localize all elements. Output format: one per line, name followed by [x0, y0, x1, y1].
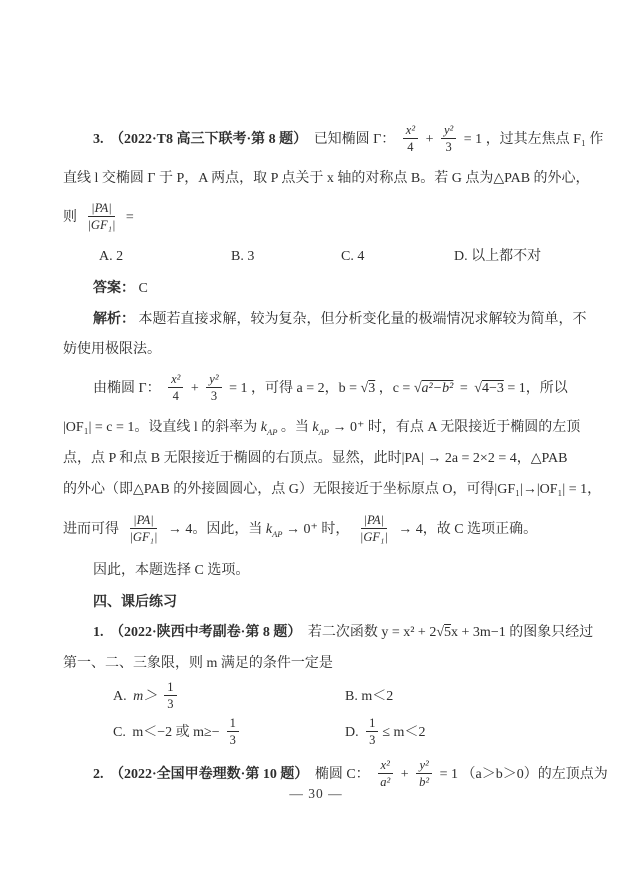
q1-options-row-ab: A. m＞13 B. m＜2	[63, 679, 572, 715]
conclusion-text: 因此，本题选择 C 选项。	[93, 563, 249, 578]
equals-sign: =	[460, 381, 468, 396]
q3-solution-line-4: 的外心（即△PAB 的外接圆圆心，点 G）无限接近于坐标原点 O，可得|GF₁|…	[63, 474, 572, 505]
page-content: 3. （2022·T8 高三下联考·第 8 题） 已知椭圆 Γ： x²4 + y…	[63, 116, 572, 798]
fraction-denominator: 3	[443, 139, 455, 155]
fraction-denominator: 3	[227, 732, 239, 748]
fraction-denominator: 3	[164, 696, 176, 712]
q1-text-a: 若二次函数 y = x² + 2	[308, 625, 437, 640]
q3-source: （2022·T8 高三下联考·第 8 题）	[110, 132, 307, 147]
q3-solution-line-3: 点，点 P 和点 B 无限接近于椭圆的右顶点。显然，此时|PA| → 2a = …	[63, 443, 572, 474]
solution-text: → 0⁺ 时，有点 A 无限接近于椭圆的左顶	[333, 420, 581, 435]
fraction-1-over-3: 13	[366, 715, 378, 748]
solution-text: 点，点 P 和点 B 无限接近于椭圆的右顶点。显然，此时|PA| → 2a = …	[63, 451, 567, 466]
q3-explanation-line-2: 妨使用极限法。	[63, 334, 572, 365]
q1-line-2: 第一、二、三象限，则 m 满足的条件一定是	[63, 648, 572, 679]
q3-line1-tail: ，过其左焦点 F₁ 作	[486, 132, 604, 147]
plus-sign: +	[401, 767, 409, 782]
q3-options-row: A. 2 B. 3 C. 4 D. 以上都不对	[63, 241, 572, 272]
q3-line-1: 3. （2022·T8 高三下联考·第 8 题） 已知椭圆 Γ： x²4 + y…	[63, 116, 572, 163]
explanation-label: 解析：	[93, 310, 135, 326]
q3-option-d: D. 以上都不对	[454, 241, 541, 272]
k-subscript: AP	[319, 427, 329, 437]
section4-heading: 四、课后练习	[63, 586, 572, 617]
fraction-denominator: |GF₁|	[85, 217, 119, 233]
solution-text: → 4，故 C 选项正确。	[398, 522, 537, 537]
k-subscript: AP	[267, 427, 277, 437]
q1-text-b: x + 3m−1 的图象只经过	[451, 625, 593, 640]
explanation-text-1: 本题若直接求解，较为复杂，但分析变化量的极端情况求解较为简单，不	[139, 312, 587, 327]
fraction-PA-over-GF1: |PA||GF₁|	[127, 512, 161, 545]
solution-text-b: ，c =	[379, 381, 411, 396]
option-label: D.	[345, 725, 359, 740]
radicand-5: 5	[444, 625, 451, 640]
q2-number: 2.	[93, 767, 104, 782]
fraction-denominator: 3	[366, 732, 378, 748]
q1-option-c: C. m＜−2 或 m≥−13	[113, 715, 345, 751]
fraction-numerator: 1	[227, 715, 239, 732]
q3-solution-line-5: 进而可得 |PA||GF₁| → 4。因此，当 kAP → 0⁺ 时， |PA|…	[63, 505, 572, 555]
option-math: ≤ m＜2	[382, 725, 425, 740]
fraction-PA-over-GF1: |PA||GF₁|	[357, 512, 391, 545]
q3-explanation-line-1: 解析： 本题若直接求解，较为复杂，但分析变化量的极端情况求解较为简单，不	[63, 303, 572, 334]
fraction-denominator: |GF₁|	[127, 529, 161, 545]
fraction-numerator: |PA|	[130, 512, 157, 529]
q3-line-2: 直线 l 交椭圆 Γ 于 P，A 两点，取 P 点关于 x 轴的对称点 B。若 …	[63, 163, 572, 194]
solution-text: 的外心（即△PAB 的外接圆圆心，点 G）无限接近于坐标原点 O，可得|GF₁|…	[63, 482, 601, 497]
option-math: m＞	[133, 689, 157, 704]
solution-text: → 4。因此，当	[168, 522, 263, 537]
plus-sign: +	[191, 381, 199, 396]
document-page: 3. （2022·T8 高三下联考·第 8 题） 已知椭圆 Γ： x²4 + y…	[0, 0, 632, 894]
q2-text-a: 椭圆 C：	[315, 767, 370, 782]
answer-label: 答案：	[93, 279, 135, 295]
solution-text: 进而可得	[63, 522, 119, 537]
q3-solution-line-2: |OF₁| = c = 1。设直线 l 的斜率为 kAP 。当 kAP → 0⁺…	[63, 412, 572, 443]
solution-text: |OF₁| = c = 1。设直线 l 的斜率为	[63, 420, 257, 435]
q3-solution-line-1: 由椭圆 Γ： x²4 + y²3 = 1 ，可得 a = 2，b = √3 ，c…	[63, 365, 572, 412]
q1-option-b: B. m＜2	[345, 679, 393, 715]
q3-number: 3.	[93, 132, 104, 147]
option-label: A.	[113, 689, 127, 704]
page-number: — 30 —	[0, 786, 632, 802]
radicand-3: 3	[368, 381, 375, 396]
q1-text-c: 第一、二、三象限，则 m 满足的条件一定是	[63, 656, 333, 671]
fraction-y2-over-3: y²3	[206, 371, 221, 404]
solution-intro: 由椭圆 Γ：	[93, 381, 161, 396]
q3-line-3: 则 |PA||GF₁| =	[63, 194, 572, 241]
q1-line-1: 1. （2022·陕西中考副卷·第 8 题） 若二次函数 y = x² + 2√…	[63, 617, 572, 648]
fraction-1-over-3: 13	[164, 679, 176, 712]
sqrt-sign: √	[474, 381, 482, 396]
fraction-numerator: x²	[403, 122, 418, 139]
k-slope-symbol: kAP	[261, 420, 278, 435]
solution-text-a: ，可得 a = 2，b =	[251, 381, 357, 396]
q3-then-text: 则	[63, 210, 77, 225]
fraction-denominator: 4	[170, 388, 182, 404]
equals-sign: =	[126, 210, 134, 225]
equals-one: = 1	[229, 381, 247, 396]
fraction-numerator: y²	[416, 757, 431, 774]
explanation-text-2: 妨使用极限法。	[63, 342, 161, 357]
fraction-numerator: 1	[164, 679, 176, 696]
fraction-PA-over-GF1: |PA||GF₁|	[85, 200, 119, 233]
q3-intro-text: 已知椭圆 Γ：	[314, 132, 396, 147]
answer-value: C	[139, 281, 148, 296]
fraction-numerator: x²	[168, 371, 183, 388]
fraction-numerator: y²	[206, 371, 221, 388]
fraction-x2-over-4: x²4	[403, 122, 418, 155]
fraction-numerator: x²	[378, 757, 393, 774]
section-title: 四、课后练习	[93, 593, 177, 609]
fraction-numerator: y²	[441, 122, 456, 139]
fraction-numerator: |PA|	[88, 200, 115, 217]
sqrt-sign: √	[436, 625, 444, 640]
k-slope-symbol: kAP	[312, 420, 329, 435]
option-math: m＜−2 或 m≥−	[132, 725, 219, 740]
q3-answer-line: 答案： C	[63, 272, 572, 303]
fraction-1-over-3: 13	[227, 715, 239, 748]
q1-number: 1.	[93, 625, 104, 640]
q3-option-c: C. 4	[341, 241, 454, 272]
equals-one: = 1	[464, 132, 482, 147]
q1-option-a: A. m＞13	[113, 679, 345, 715]
radicand-a2-b2: a²−b²	[422, 381, 454, 396]
plus-sign: +	[426, 132, 434, 147]
q2-text-b: （a＞b＞0）的左顶点为	[462, 767, 608, 782]
solution-text: 。当	[281, 420, 309, 435]
solution-text: → 0⁺ 时，	[286, 522, 349, 537]
option-label: C.	[113, 725, 126, 740]
fraction-y2-over-3: y²3	[441, 122, 456, 155]
fraction-x2-over-4: x²4	[168, 371, 183, 404]
solution-text-c: = 1，所以	[507, 381, 567, 396]
k-slope-symbol: kAP	[266, 522, 283, 537]
q1-source: （2022·陕西中考副卷·第 8 题）	[110, 625, 301, 640]
radicand-4-3: 4−3	[482, 381, 504, 396]
q3-conclusion-line: 因此，本题选择 C 选项。	[63, 555, 572, 586]
k-subscript: AP	[272, 529, 282, 539]
q2-source: （2022·全国甲卷理数·第 10 题）	[110, 767, 308, 782]
q1-option-d: D. 13≤ m＜2	[345, 715, 425, 751]
sqrt-sign: √	[414, 381, 422, 396]
fraction-numerator: |PA|	[361, 512, 388, 529]
fraction-denominator: |GF₁|	[357, 529, 391, 545]
fraction-numerator: 1	[366, 715, 378, 732]
equals-one: = 1	[440, 767, 458, 782]
q1-options-row-cd: C. m＜−2 或 m≥−13 D. 13≤ m＜2	[63, 715, 572, 751]
q3-option-a: A. 2	[99, 241, 231, 272]
q3-option-b: B. 3	[231, 241, 341, 272]
q3-line2-text: 直线 l 交椭圆 Γ 于 P，A 两点，取 P 点关于 x 轴的对称点 B。若 …	[63, 171, 590, 186]
fraction-denominator: 4	[404, 139, 416, 155]
fraction-denominator: 3	[208, 388, 220, 404]
